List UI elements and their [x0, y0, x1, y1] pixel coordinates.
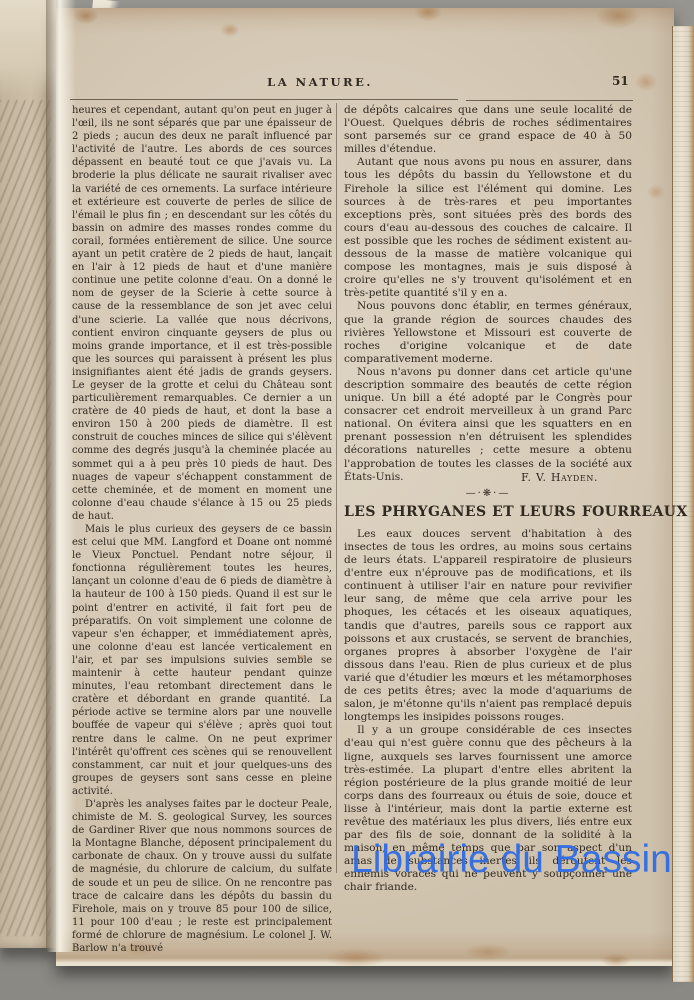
paragraph: Les eaux douces servent d'habitation à d…: [344, 528, 632, 724]
paragraph: Mais le plus curieux des geysers de ce b…: [72, 523, 332, 798]
paragraph: de dépôts calcaires que dans une seule l…: [344, 104, 632, 156]
section-divider-ornament: —·❋·—: [344, 487, 632, 500]
bookseller-watermark: Librairie du Bassin: [351, 838, 672, 882]
article-title: LES PHRYGANES ET LEURS FOURREAUX: [344, 506, 632, 519]
book-photo: LA NATURE. 51 heures et cependant, autan…: [0, 0, 694, 1000]
facing-page-text-lines: [0, 100, 51, 936]
paragraph: Nous n'avons pu donner dans cet article …: [344, 366, 632, 484]
journal-title: LA NATURE.: [230, 75, 410, 89]
column-divider-rule: [336, 103, 337, 873]
paragraph: Autant que nous avons pu nous en assurer…: [344, 156, 632, 300]
column-right: de dépôts calcaires que dans une seule l…: [344, 104, 632, 895]
paragraph: Nous pouvons donc établir, en termes gén…: [344, 300, 632, 365]
header-rule-right: [466, 100, 633, 101]
paragraph: heures et cependant, autant qu'on peut e…: [72, 104, 332, 523]
paragraph: D'après les analyses faites par le docte…: [72, 798, 332, 955]
column-left: heures et cependant, autant qu'on peut e…: [72, 104, 332, 955]
page-number: 51: [612, 74, 629, 88]
header-rule-left: [70, 99, 458, 100]
